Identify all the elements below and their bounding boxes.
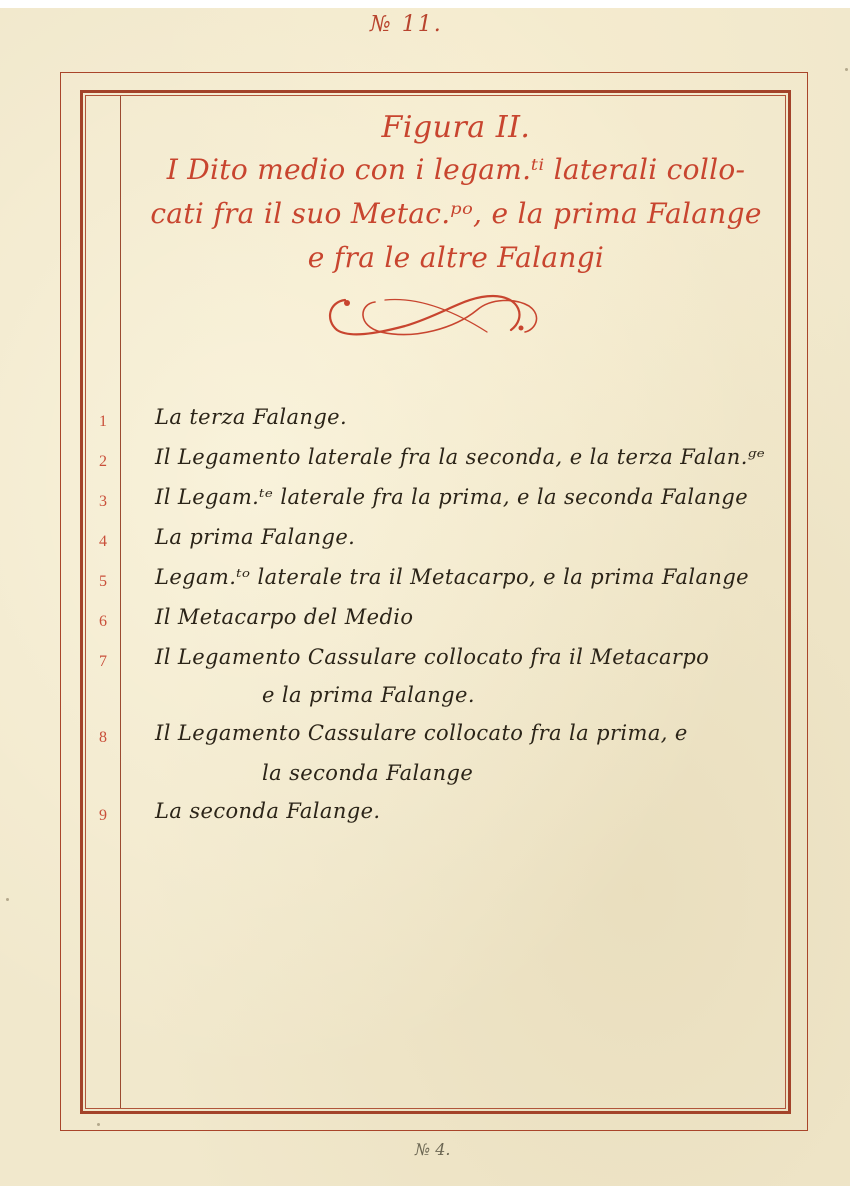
item-number: 4 (90, 533, 116, 551)
item-number: 6 (90, 613, 116, 631)
list-item: 2 Il Legamento laterale fra la seconda, … (0, 445, 866, 485)
folio-number-bottom: № 4. (415, 1140, 451, 1159)
item-text: la seconda Falange (262, 761, 473, 785)
item-number: 2 (90, 453, 116, 471)
item-number: 5 (90, 573, 116, 591)
item-text: La prima Falange. (155, 525, 355, 549)
item-number: 9 (90, 807, 116, 825)
list-item: 9 La seconda Falange. (0, 799, 866, 839)
list-item-continuation: e la prima Falange. (0, 683, 866, 723)
list-item: 6 Il Metacarpo del Medio (0, 605, 866, 645)
list-item: 7 Il Legamento Cassulare collocato fra i… (0, 645, 866, 685)
item-number: 7 (90, 653, 116, 671)
item-text: Legam.ᵗᵒ laterale tra il Metacarpo, e la… (155, 565, 749, 589)
item-text: Il Legamento Cassulare collocato fra il … (155, 645, 709, 669)
item-text: Il Metacarpo del Medio (155, 605, 413, 629)
folio-number-top: № 11. (370, 12, 443, 37)
item-number: 1 (90, 413, 116, 431)
caption-line-3: e fra le altre Falangi (122, 236, 790, 280)
figure-heading: Figura II. (122, 108, 790, 148)
ink-speck (6, 898, 9, 901)
item-text: La terza Falange. (155, 405, 347, 429)
ink-speck (845, 68, 848, 71)
title-block: Figura II. I Dito medio con i legam.ᵗⁱ l… (122, 108, 790, 280)
list-item: 1 La terza Falange. (0, 405, 866, 445)
caption-line-1: I Dito medio con i legam.ᵗⁱ laterali col… (122, 148, 790, 192)
list-item-continuation: la seconda Falange (0, 761, 866, 801)
flourish-icon (315, 288, 555, 340)
list-item: 5 Legam.ᵗᵒ laterale tra il Metacarpo, e … (0, 565, 866, 605)
item-text: Il Legam.ᵗᵉ laterale fra la prima, e la … (155, 485, 748, 509)
item-number: 8 (90, 729, 116, 747)
list-item: 4 La prima Falange. (0, 525, 866, 565)
list-item: 8 Il Legamento Cassulare collocato fra l… (0, 721, 866, 761)
list-item: 3 Il Legam.ᵗᵉ laterale fra la prima, e l… (0, 485, 866, 525)
item-text: Il Legamento Cassulare collocato fra la … (155, 721, 688, 745)
caption-line-2: cati fra il suo Metac.ᵖᵒ, e la prima Fal… (122, 192, 790, 236)
item-text: e la prima Falange. (262, 683, 475, 707)
item-text: La seconda Falange. (155, 799, 381, 823)
item-number: 3 (90, 493, 116, 511)
item-text: Il Legamento laterale fra la seconda, e … (155, 445, 765, 469)
